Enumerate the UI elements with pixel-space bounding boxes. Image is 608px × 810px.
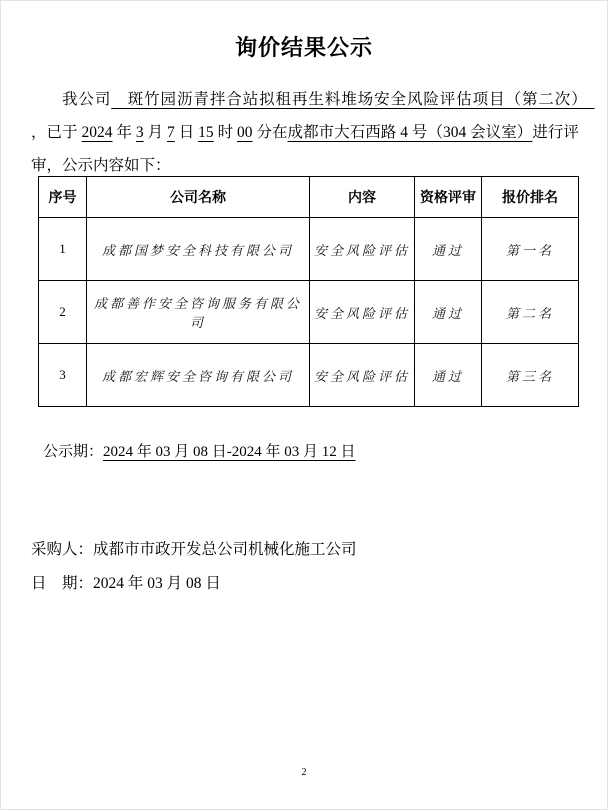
intro-segment-underlined-minute: 00 bbox=[237, 124, 253, 141]
column-header-rank: 报价排名 bbox=[482, 177, 579, 218]
table-row: 3 成都宏辉安全咨询有限公司 安全风险评估 通过 第三名 bbox=[39, 344, 579, 407]
cell-qualification: 通过 bbox=[415, 281, 482, 344]
cell-rank: 第二名 bbox=[482, 281, 579, 344]
intro-segment-underlined-year: 2024 bbox=[82, 124, 113, 141]
intro-segment-underlined-day: 7 bbox=[167, 124, 175, 141]
cell-qualification: 通过 bbox=[415, 344, 482, 407]
page-title: 询价结果公示 bbox=[1, 31, 607, 62]
column-header-company: 公司名称 bbox=[87, 177, 310, 218]
document-page: 询价结果公示 我公司 斑竹园沥青拌合站拟租再生料堆场安全风险评估项目（第二次） … bbox=[0, 0, 608, 810]
cell-company: 成都善作安全咨询服务有限公司 bbox=[87, 281, 310, 344]
intro-segment-underlined-month: 3 bbox=[136, 124, 144, 141]
intro-segment-underlined-address: 成都市大石西路 4 号（304 会议室） bbox=[288, 124, 533, 141]
intro-segment: 月 bbox=[144, 124, 167, 141]
intro-segment: 我公司 bbox=[62, 91, 111, 108]
table-row: 1 成都国梦安全科技有限公司 安全风险评估 通过 第一名 bbox=[39, 218, 579, 281]
cell-seq: 2 bbox=[39, 281, 87, 344]
cell-qualification: 通过 bbox=[415, 218, 482, 281]
column-header-content: 内容 bbox=[310, 177, 415, 218]
purchaser-line: 采购人：成都市市政开发总公司机械化施工公司 bbox=[31, 540, 357, 560]
page-number: 2 bbox=[1, 767, 607, 778]
purchaser-label: 采购人： bbox=[31, 541, 93, 558]
cell-content: 安全风险评估 bbox=[310, 281, 415, 344]
notice-period-value: 2024 年 03 月 08 日-2024 年 03 月 12 日 bbox=[103, 444, 356, 460]
notice-period-label: 公示期： bbox=[43, 444, 103, 460]
table-row: 2 成都善作安全咨询服务有限公司 安全风险评估 通过 第二名 bbox=[39, 281, 579, 344]
cell-company: 成都国梦安全科技有限公司 bbox=[87, 218, 310, 281]
date-label: 日 期： bbox=[31, 575, 93, 592]
cell-rank: 第一名 bbox=[482, 218, 579, 281]
intro-segment: 分在 bbox=[253, 124, 288, 141]
result-table: 序号 公司名称 内容 资格评审 报价排名 1 成都国梦安全科技有限公司 安全风险… bbox=[38, 176, 579, 407]
intro-segment: ，已于 bbox=[31, 124, 82, 141]
cell-rank: 第三名 bbox=[482, 344, 579, 407]
intro-segment-underlined-project-name: 斑竹园沥青拌合站拟租再生料堆场安全风险评估项目（第二次） bbox=[111, 91, 594, 108]
intro-segment: 时 bbox=[214, 124, 237, 141]
date-value: 2024 年 03 月 08 日 bbox=[93, 575, 221, 592]
intro-segment-underlined-hour: 15 bbox=[198, 124, 214, 141]
column-header-seq: 序号 bbox=[39, 177, 87, 218]
table-header-row: 序号 公司名称 内容 资格评审 报价排名 bbox=[39, 177, 579, 218]
cell-content: 安全风险评估 bbox=[310, 344, 415, 407]
cell-content: 安全风险评估 bbox=[310, 218, 415, 281]
intro-segment: 年 bbox=[113, 124, 136, 141]
cell-company: 成都宏辉安全咨询有限公司 bbox=[87, 344, 310, 407]
date-line: 日 期：2024 年 03 月 08 日 bbox=[31, 574, 221, 594]
cell-seq: 3 bbox=[39, 344, 87, 407]
column-header-qualification: 资格评审 bbox=[415, 177, 482, 218]
cell-seq: 1 bbox=[39, 218, 87, 281]
intro-paragraph: 我公司 斑竹园沥青拌合站拟租再生料堆场安全风险评估项目（第二次） ，已于 202… bbox=[31, 83, 579, 182]
intro-segment: 日 bbox=[175, 124, 198, 141]
notice-period-line: 公示期：2024 年 03 月 08 日-2024 年 03 月 12 日 bbox=[43, 442, 356, 462]
purchaser-value: 成都市市政开发总公司机械化施工公司 bbox=[93, 541, 357, 558]
